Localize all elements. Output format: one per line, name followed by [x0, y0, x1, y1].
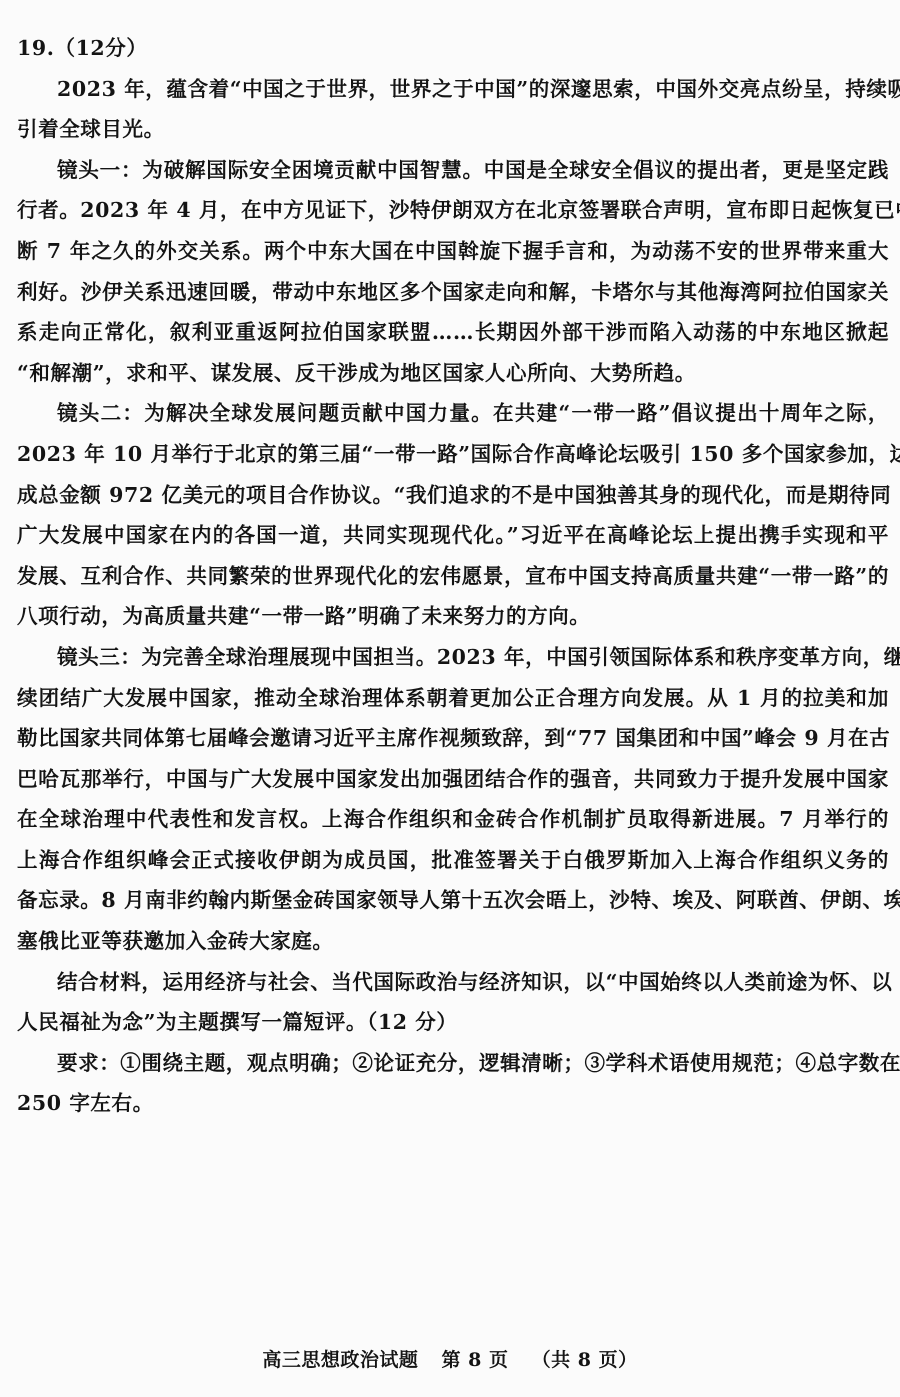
shot1-line: 利好。沙伊关系迅速回暖，带动中东地区多个国家走向和解，卡塔尔与其他海湾阿拉伯国家… [17, 272, 889, 313]
shot3-line: 续团结广大发展中国家，推动全球治理体系朝着更加公正合理方向发展。从 1 月的拉美… [17, 678, 889, 719]
shot1-line: 断 7 年之久的外交关系。两个中东大国在中国斡旋下握手言和，为动荡不安的世界带来… [17, 231, 889, 272]
shot2-title: 镜头二：为解决全球发展问题贡献中国力量。 [57, 401, 493, 425]
footer-subject: 高三思想政治试题 [262, 1349, 418, 1371]
shot3-line: 塞俄比亚等获邀加入金砖大家庭。 [17, 921, 889, 962]
task-line: 人民福祉为念”为主题撰写一篇短评。（12 分） [17, 1002, 889, 1043]
shot3-title: 镜头三：为完善全球治理展现中国担当。 [57, 645, 437, 669]
footer-page: 第 8 页 [442, 1349, 509, 1371]
intro-line: 2023 年，蕴含着“中国之于世界，世界之于中国”的深邃思索，中国外交亮点纷呈，… [17, 69, 889, 110]
intro-line: 引着全球目光。 [17, 109, 889, 150]
exam-page: 19.（12分） 2023 年，蕴含着“中国之于世界，世界之于中国”的深邃思索，… [17, 28, 889, 1124]
shot3-line: 镜头三：为完善全球治理展现中国担当。2023 年，中国引领国际体系和秩序变革方向… [17, 637, 889, 678]
shot3-line: 勒比国家共同体第七届峰会邀请习近平主席作视频致辞，到“77 国集团和中国”峰会 … [17, 718, 889, 759]
requirements-line: 要求：①围绕主题，观点明确；②论证充分，逻辑清晰；③学科术语使用规范；④总字数在 [17, 1043, 889, 1084]
shot3-line: 巴哈瓦那举行，中国与广大发展中国家发出加强团结合作的强音，共同致力于提升发展中国… [17, 759, 889, 800]
footer-total: （共 8 页） [532, 1349, 638, 1371]
shot2-line: 广大发展中国家在内的各国一道，共同实现现代化。”习近平在高峰论坛上提出携手实现和… [17, 515, 889, 556]
shot1-line: 行者。2023 年 4 月，在中方见证下，沙特伊朗双方在北京签署联合声明，宣布即… [17, 190, 889, 231]
shot2-line: 八项行动，为高质量共建“一带一路”明确了未来努力的方向。 [17, 596, 889, 637]
shot1-title: 镜头一：为破解国际安全困境贡献中国智慧。 [57, 158, 484, 182]
shot3-line: 在全球治理中代表性和发言权。上海合作组织和金砖合作机制扩员取得新进展。7 月举行… [17, 799, 889, 840]
shot1-line: 系走向正常化，叙利亚重返阿拉伯国家联盟……长期因外部干涉而陷入动荡的中东地区掀起 [17, 312, 889, 353]
shot1-line: “和解潮”，求和平、谋发展、反干涉成为地区国家人心所向、大势所趋。 [17, 353, 889, 394]
shot1-line: 镜头一：为破解国际安全困境贡献中国智慧。中国是全球安全倡议的提出者，更是坚定践 [17, 150, 889, 191]
shot3-line: 备忘录。8 月南非约翰内斯堡金砖国家领导人第十五次会晤上，沙特、埃及、阿联酋、伊… [17, 880, 889, 921]
shot2-line: 2023 年 10 月举行于北京的第三届“一带一路”国际合作高峰论坛吸引 150… [17, 434, 889, 475]
shot2-line: 成总金额 972 亿美元的项目合作协议。“我们追求的不是中国独善其身的现代化，而… [17, 475, 889, 516]
shot2-line: 发展、互利合作、共同繁荣的世界现代化的宏伟愿景，宣布中国支持高质量共建“一带一路… [17, 556, 889, 597]
shot2-line: 镜头二：为解决全球发展问题贡献中国力量。在共建“一带一路”倡议提出十周年之际， [17, 393, 889, 434]
shot3-line: 上海合作组织峰会正式接收伊朗为成员国，批准签署关于白俄罗斯加入上海合作组织义务的 [17, 840, 889, 881]
requirements-line: 250 字左右。 [17, 1083, 889, 1124]
page-footer: 高三思想政治试题 第 8 页 （共 8 页） [0, 1345, 900, 1372]
task-line: 结合材料，运用经济与社会、当代国际政治与经济知识，以“中国始终以人类前途为怀、以 [17, 962, 889, 1003]
question-header: 19.（12分） [17, 28, 889, 69]
